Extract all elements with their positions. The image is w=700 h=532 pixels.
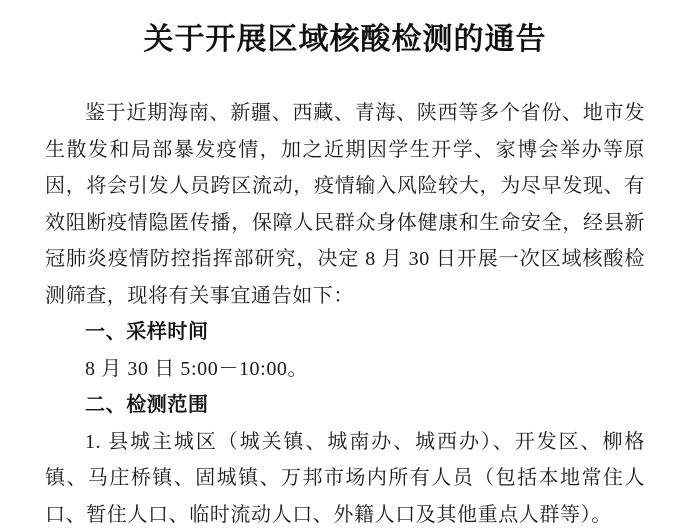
intro-paragraph: 鉴于近期海南、新疆、西藏、青海、陕西等多个省份、地市发生散发和局部暴发疫情，加之… bbox=[45, 95, 645, 314]
section-testing-scope-body: 1. 县城主城区（城关镇、城南办、城西办）、开发区、柳格镇、马庄桥镇、固城镇、万… bbox=[45, 424, 645, 532]
section-sampling-time-heading: 一、采样时间 bbox=[45, 314, 645, 351]
notice-document: 关于开展区域核酸检测的通告 鉴于近期海南、新疆、西藏、青海、陕西等多个省份、地市… bbox=[0, 0, 700, 532]
section-testing-scope-heading: 二、检测范围 bbox=[45, 387, 645, 424]
document-title: 关于开展区域核酸检测的通告 bbox=[45, 20, 645, 60]
section-sampling-time-body: 8 月 30 日 5:00－10:00。 bbox=[45, 351, 645, 388]
